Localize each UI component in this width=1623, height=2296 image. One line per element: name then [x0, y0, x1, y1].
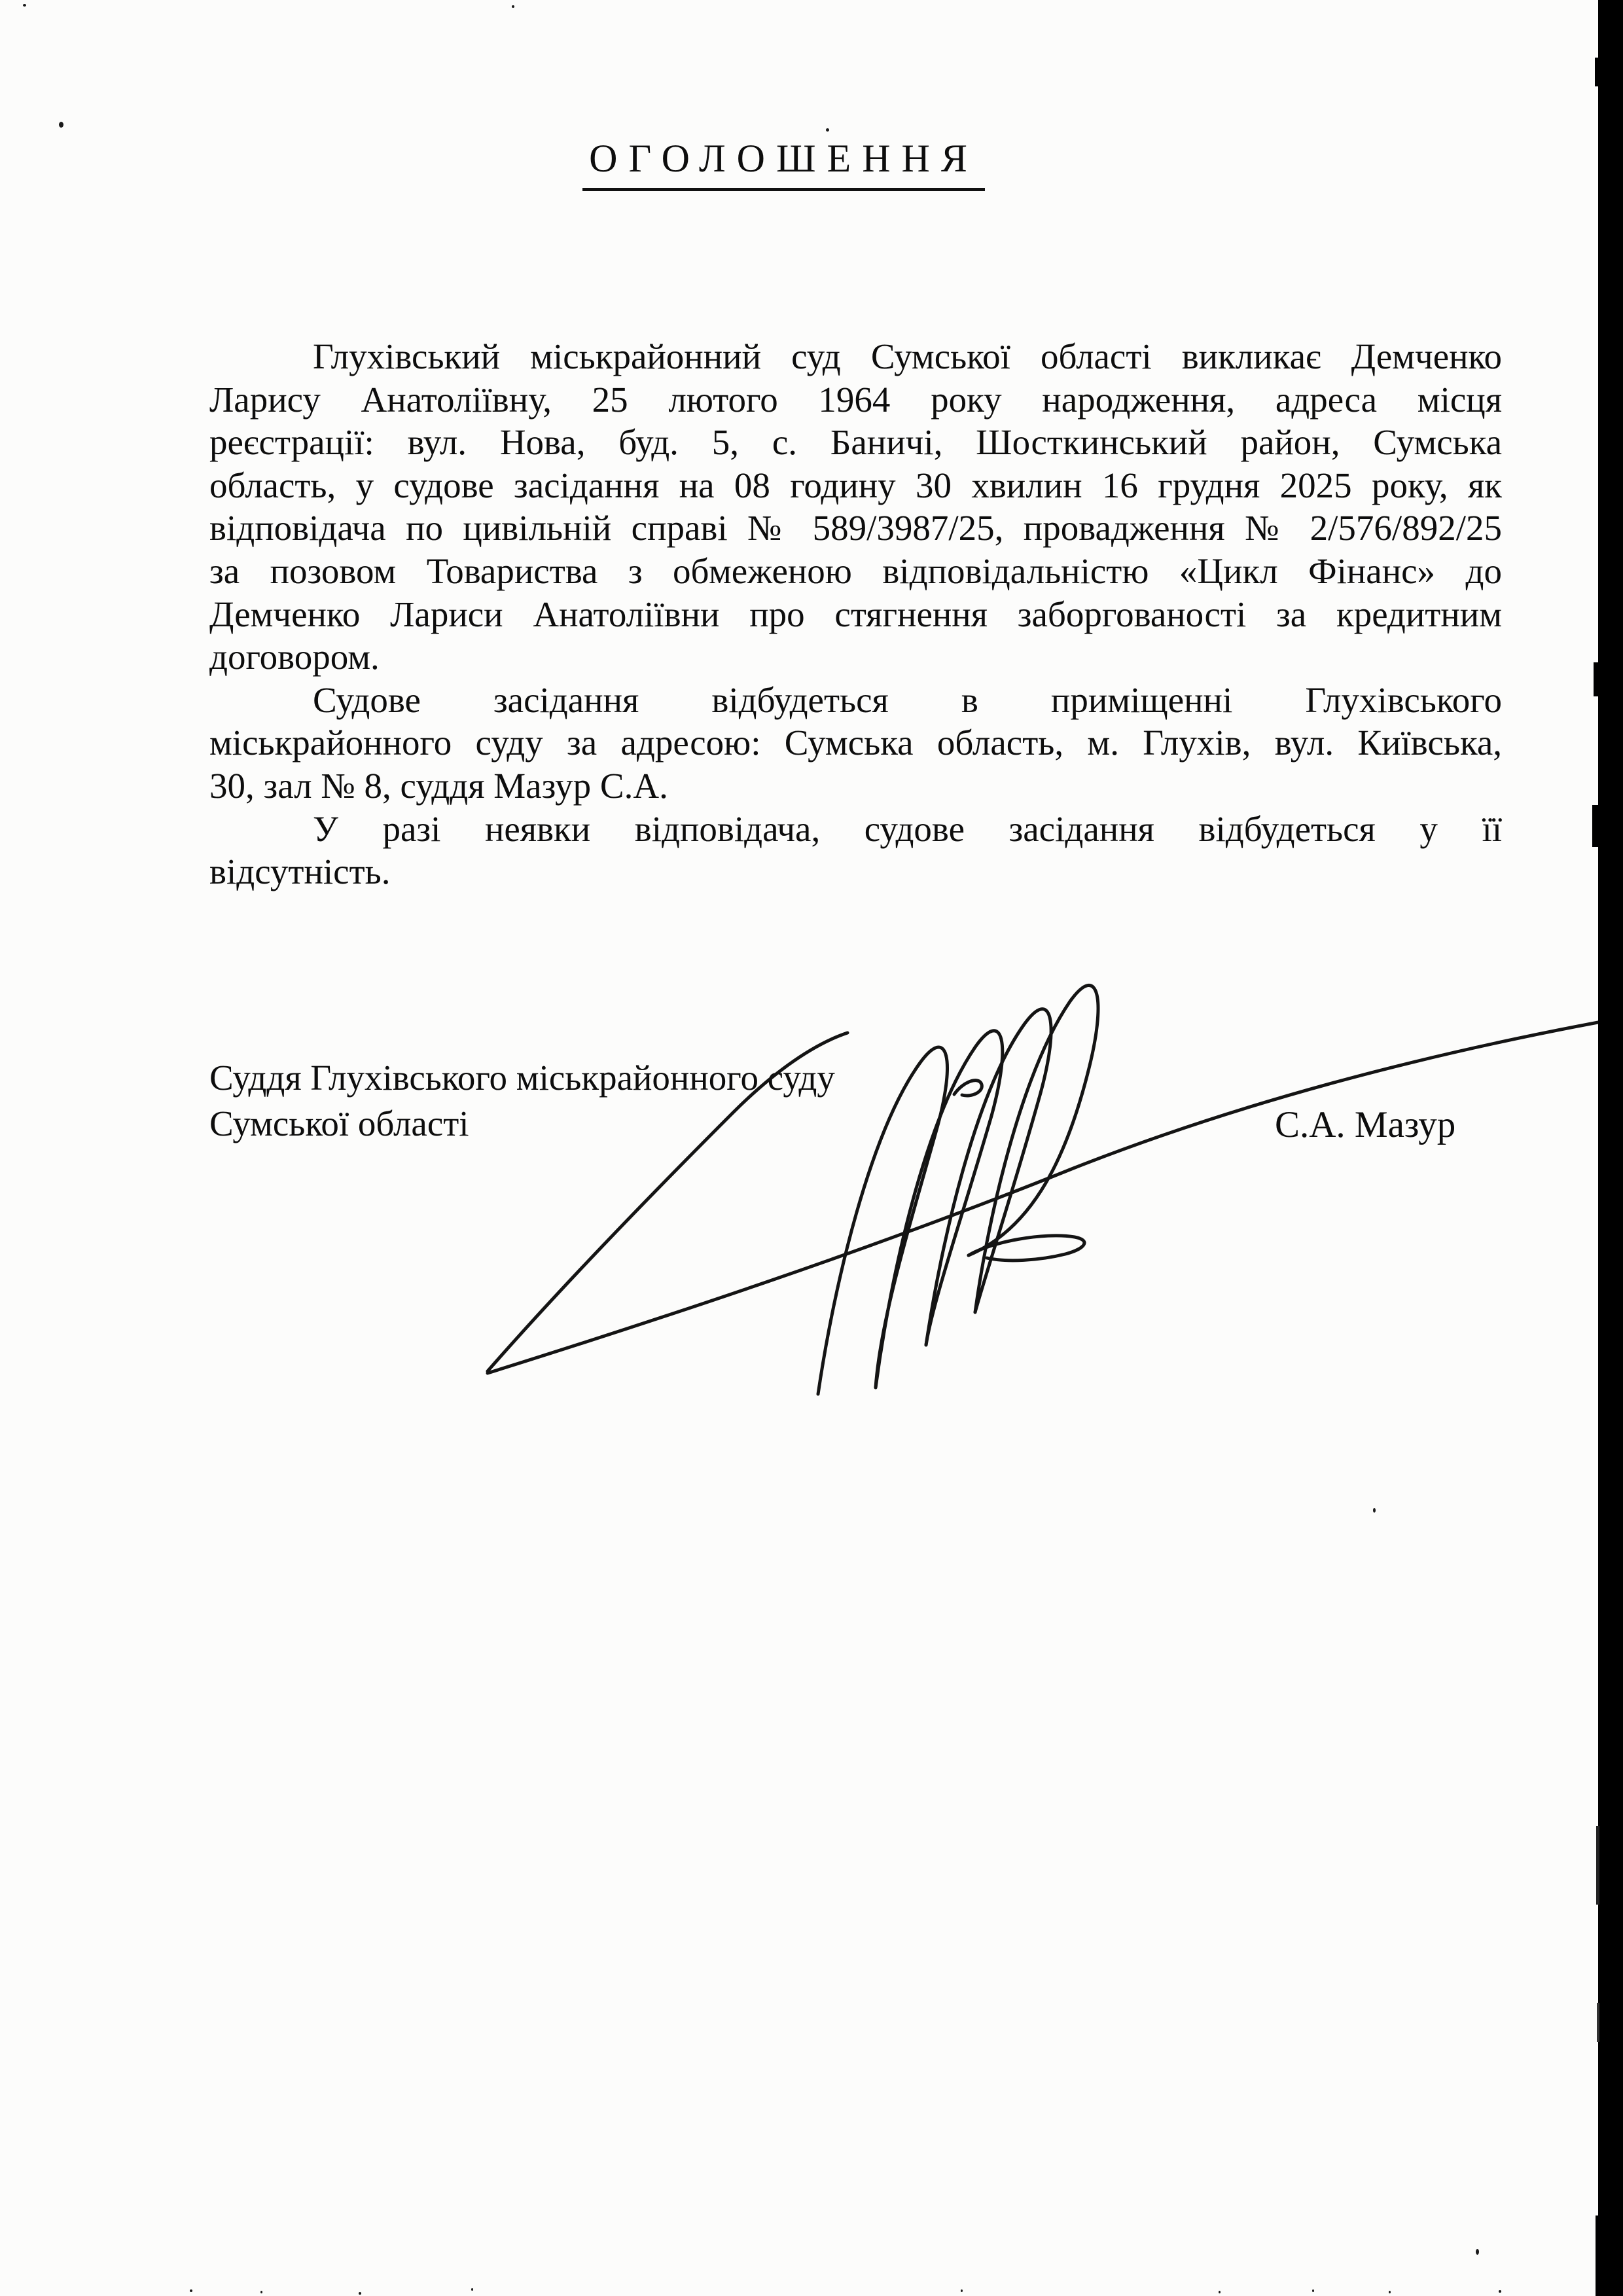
scanner-edge-band	[1598, 0, 1623, 2296]
text-line: за позовом Товариства з обмеженою відпов…	[209, 550, 1502, 593]
paragraph-absence-warning: У разі неявки відповідача, судове засіда…	[209, 808, 1502, 893]
scanned-court-announcement-page: ОГОЛОШЕННЯ Глухівський міськрайонний суд…	[0, 0, 1623, 2296]
scan-speck	[1373, 1508, 1376, 1513]
scanner-band-notch	[1592, 805, 1599, 847]
text-line: 30, зал № 8, суддя Мазур С.А.	[209, 764, 1502, 808]
scan-speck	[260, 2291, 262, 2293]
paragraph-summons: Глухівський міськрайонний суд Сумської о…	[209, 335, 1502, 679]
document-body: Глухівський міськрайонний суд Сумської о…	[209, 335, 1502, 893]
document-title: ОГОЛОШЕННЯ	[582, 136, 985, 191]
text-line: Глухівський міськрайонний суд Сумської о…	[209, 335, 1502, 378]
scanner-band-notch	[1596, 1826, 1599, 1905]
scan-speck	[1476, 2249, 1479, 2255]
scan-speck	[471, 2288, 473, 2291]
scan-speck	[512, 5, 514, 8]
scan-speck	[359, 2292, 361, 2295]
scanner-band-notch	[1595, 58, 1599, 86]
scanner-band-notch	[1597, 2003, 1599, 2042]
text-line: міськрайонного суду за адресою: Сумська …	[209, 721, 1502, 764]
paragraph-hearing-location: Судове засідання відбудеться в приміщенн…	[209, 679, 1502, 808]
scanner-band-notch	[1594, 662, 1599, 696]
document-title-row: ОГОЛОШЕННЯ	[137, 136, 1430, 191]
scan-speck	[190, 2289, 192, 2292]
scan-speck	[1499, 2290, 1501, 2293]
text-line: відсутність.	[209, 850, 1502, 893]
scan-speck	[826, 128, 829, 132]
scan-speck	[23, 4, 26, 7]
scan-speck	[59, 122, 63, 128]
handwritten-signature-icon	[452, 936, 1616, 1407]
text-line: У разі неявки відповідача, судове засіда…	[209, 808, 1502, 851]
text-line: Демченко Лариси Анатоліївни про стягненн…	[209, 593, 1502, 636]
scan-speck	[1219, 2291, 1221, 2293]
text-line: Ларису Анатоліївну, 25 лютого 1964 року …	[209, 378, 1502, 422]
text-line: Судове засідання відбудеться в приміщенн…	[209, 679, 1502, 722]
text-line: договором.	[209, 636, 1502, 679]
text-line: область, у судове засідання на 08 годину…	[209, 464, 1502, 507]
scan-speck	[961, 2289, 963, 2292]
scanner-band-notch	[1596, 2215, 1599, 2296]
scan-speck	[1389, 2291, 1391, 2293]
text-line: відповідача по цивільній справі № 589/39…	[209, 507, 1502, 550]
scan-speck	[1312, 2289, 1314, 2292]
text-line: реєстрації: вул. Нова, буд. 5, с. Баничі…	[209, 421, 1502, 464]
